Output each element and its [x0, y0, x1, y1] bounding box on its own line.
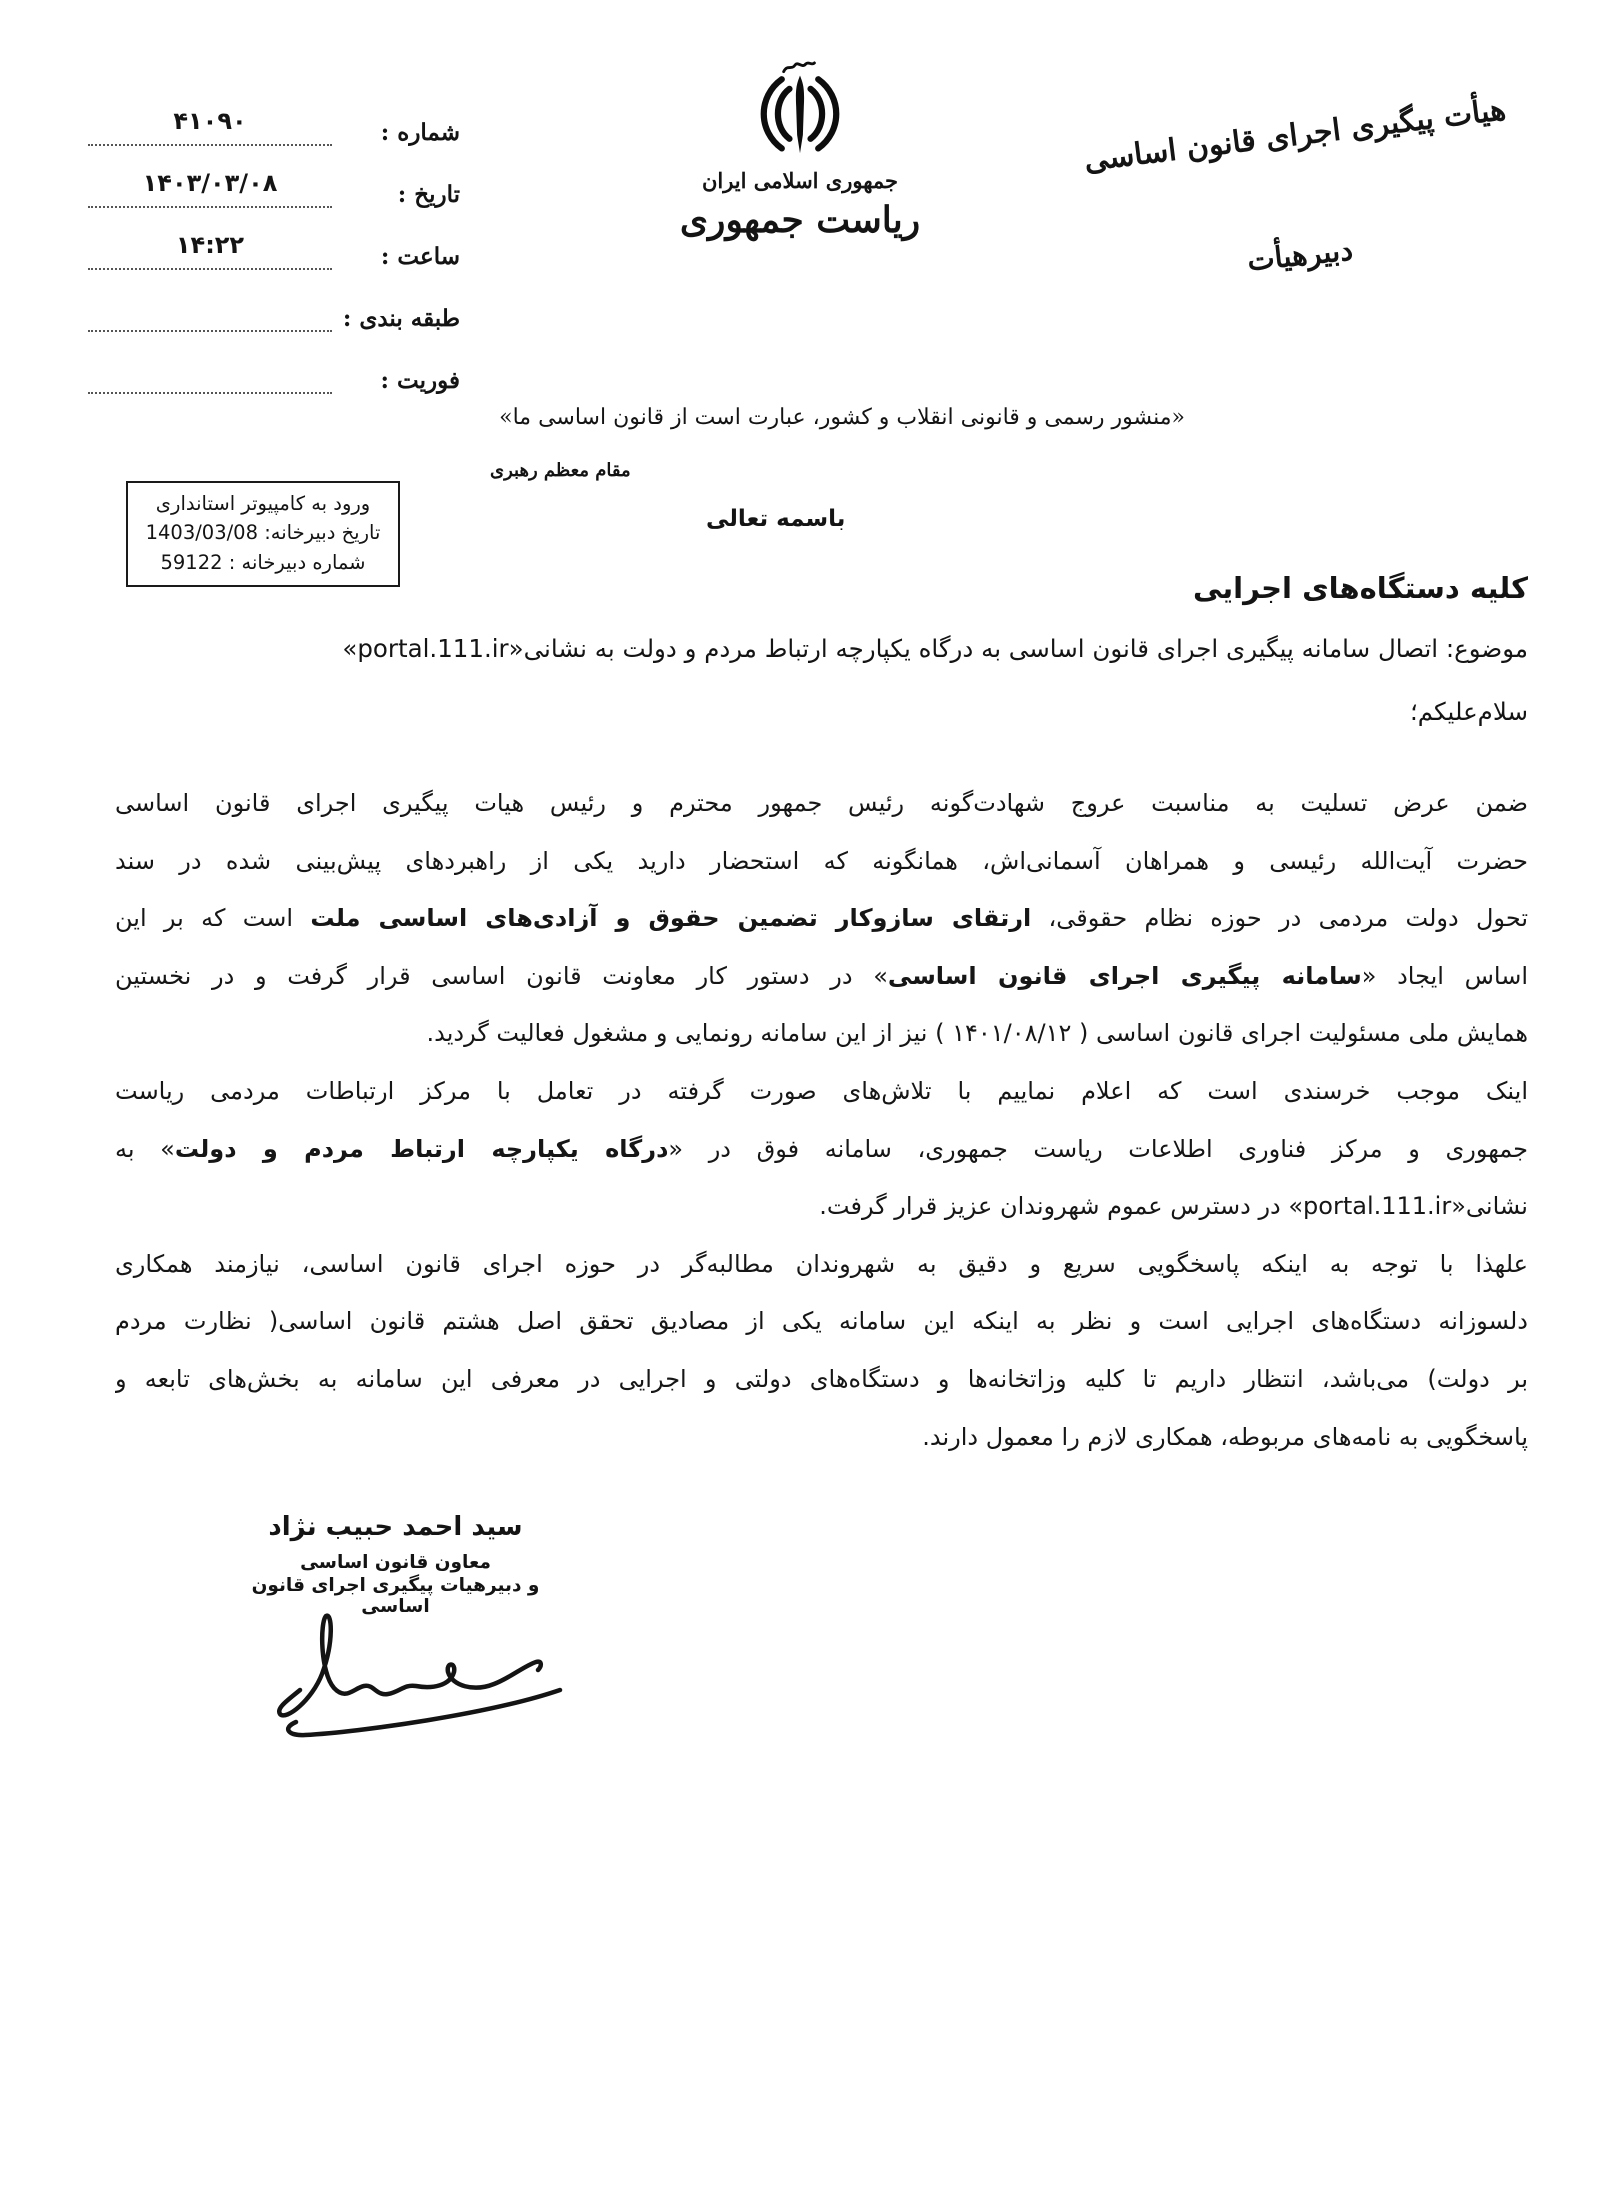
recipient-heading: کلیه دستگاه‌های اجرایی	[1193, 571, 1528, 605]
salutation: سلام‌علیکم؛	[1410, 697, 1528, 726]
meta-field-row: شماره :۴۱۰۹۰	[88, 94, 460, 146]
body-text: دلسوزانه دستگاه‌های اجرایی است و نظر به …	[115, 1307, 1528, 1335]
body-text: » به	[115, 1135, 175, 1163]
body-text: » در دستور کار معاونت قانون اساسی قرار گ…	[115, 962, 888, 990]
body-text: نشانی«portal.111.ir» در دسترس عموم شهرون…	[819, 1192, 1528, 1220]
letter-page: شماره :۴۱۰۹۰تاریخ :۱۴۰۳/۰۳/۰۸ساعت :۱۴:۲۲…	[0, 0, 1600, 2200]
body-text: حضرت آیت‌الله رئیسی و همراهان آسمانی‌اش،…	[115, 847, 1528, 875]
body-text: جمهوری و مرکز فناوری اطلاعات ریاست جمهور…	[668, 1135, 1528, 1163]
meta-field-label: تاریخ :	[332, 181, 460, 208]
body-text-bold: درگاه یکپارچه ارتباط مردم و دولت	[175, 1135, 669, 1163]
body-line: جمهوری و مرکز فناوری اطلاعات ریاست جمهور…	[115, 1121, 1528, 1179]
body-text-bold: ارتقای سازوکار تضمین حقوق و آزادی‌های اس…	[310, 904, 1031, 932]
meta-field-value: ۱۴۰۳/۰۳/۰۸	[143, 169, 278, 197]
body-text: تحول دولت مردمی در حوزه نظام حقوقی،	[1031, 904, 1528, 932]
body-text-bold: سامانه پیگیری اجرای قانون اساسی	[888, 962, 1362, 990]
body-line: تحول دولت مردمی در حوزه نظام حقوقی، ارتق…	[115, 890, 1528, 948]
meta-field-row: طبقه بندی :	[88, 280, 460, 332]
body-line: دلسوزانه دستگاه‌های اجرایی است و نظر به …	[115, 1293, 1528, 1351]
handwritten-signature-icon	[230, 1598, 590, 1748]
body-line: اینک موجب خرسندی است که اعلام نماییم با …	[115, 1063, 1528, 1121]
registry-stamp-box: ورود به کامپیوتر استانداری تاریخ دبیرخان…	[126, 481, 400, 587]
body-text: همایش ملی مسئولیت اجرای قانون اساسی ( ۱۴…	[427, 1019, 1528, 1047]
body-line: حضرت آیت‌الله رئیسی و همراهان آسمانی‌اش،…	[115, 833, 1528, 891]
org-subtitle: دبیرهیأت	[1204, 228, 1397, 282]
letter-body: ضمن عرض تسلیت به مناسبت عروج شهادت‌گونه …	[115, 775, 1528, 1466]
meta-field-label: طبقه بندی :	[332, 305, 460, 332]
body-line: نشانی«portal.111.ir» در دسترس عموم شهرون…	[115, 1178, 1528, 1236]
meta-field-value: ۱۴:۲۲	[176, 231, 244, 259]
meta-fields: شماره :۴۱۰۹۰تاریخ :۱۴۰۳/۰۳/۰۸ساعت :۱۴:۲۲…	[88, 94, 460, 404]
meta-field-label: فوریت :	[332, 367, 460, 394]
office-name: ریاست جمهوری	[640, 199, 960, 241]
body-text: اینک موجب خرسندی است که اعلام نماییم با …	[115, 1077, 1528, 1105]
body-line: پاسخگویی به نامه‌های مربوطه، همکاری لازم…	[115, 1409, 1528, 1467]
body-text: ضمن عرض تسلیت به مناسبت عروج شهادت‌گونه …	[115, 789, 1528, 817]
meta-field-dotted-line	[88, 355, 332, 394]
iran-emblem-icon	[752, 60, 848, 160]
body-text: است که بر این	[115, 904, 310, 932]
stamp-line-3: شماره دبیرخانه : 59122	[132, 548, 394, 577]
body-text: پاسخگویی به نامه‌های مربوطه، همکاری لازم…	[922, 1423, 1528, 1451]
org-title: هیأت پیگیری اجرای قانون اساسی	[1072, 91, 1519, 180]
body-line: اساس ایجاد «سامانه پیگیری اجرای قانون اس…	[115, 948, 1528, 1006]
body-text: اساس ایجاد «	[1362, 962, 1528, 990]
meta-field-dotted-line	[88, 293, 332, 332]
meta-field-label: ساعت :	[332, 243, 460, 270]
meta-field-dotted-line: ۱۴۰۳/۰۳/۰۸	[88, 169, 332, 208]
meta-field-row: ساعت :۱۴:۲۲	[88, 218, 460, 270]
basmala: باسمه تعالی	[706, 506, 845, 532]
body-line: ضمن عرض تسلیت به مناسبت عروج شهادت‌گونه …	[115, 775, 1528, 833]
stamp-line-2: تاریخ دبیرخانه: 1403/03/08	[132, 518, 394, 547]
meta-field-label: شماره :	[332, 119, 460, 146]
letterhead-center: جمهوری اسلامی ایران ریاست جمهوری	[640, 60, 960, 241]
meta-field-row: فوریت :	[88, 342, 460, 394]
body-text: علهذا با توجه به اینکه پاسخگویی سریع و د…	[115, 1250, 1528, 1278]
meta-field-dotted-line: ۱۴:۲۲	[88, 231, 332, 270]
quote-attribution: مقام معظم رهبری	[490, 460, 631, 481]
subject-line: موضوع: اتصال سامانه پیگیری اجرای قانون ا…	[68, 634, 1528, 663]
meta-field-row: تاریخ :۱۴۰۳/۰۳/۰۸	[88, 156, 460, 208]
meta-field-dotted-line: ۴۱۰۹۰	[88, 107, 332, 146]
body-text: بر دولت) می‌باشد، انتظار داریم تا کلیه و…	[115, 1365, 1528, 1393]
body-line: بر دولت) می‌باشد، انتظار داریم تا کلیه و…	[115, 1351, 1528, 1409]
signatory-name: سید احمد حبیب نژاد	[238, 1512, 553, 1542]
signatory-title-1: معاون قانون اساسی	[238, 1552, 553, 1573]
body-line: علهذا با توجه به اینکه پاسخگویی سریع و د…	[115, 1236, 1528, 1294]
stamp-line-1: ورود به کامپیوتر استانداری	[132, 489, 394, 518]
quote-text: «منشور رسمی و قانونی انقلاب و کشور، عبار…	[499, 405, 1185, 430]
country-name: جمهوری اسلامی ایران	[640, 168, 960, 193]
meta-field-value: ۴۱۰۹۰	[173, 107, 246, 135]
body-line: همایش ملی مسئولیت اجرای قانون اساسی ( ۱۴…	[115, 1005, 1528, 1063]
